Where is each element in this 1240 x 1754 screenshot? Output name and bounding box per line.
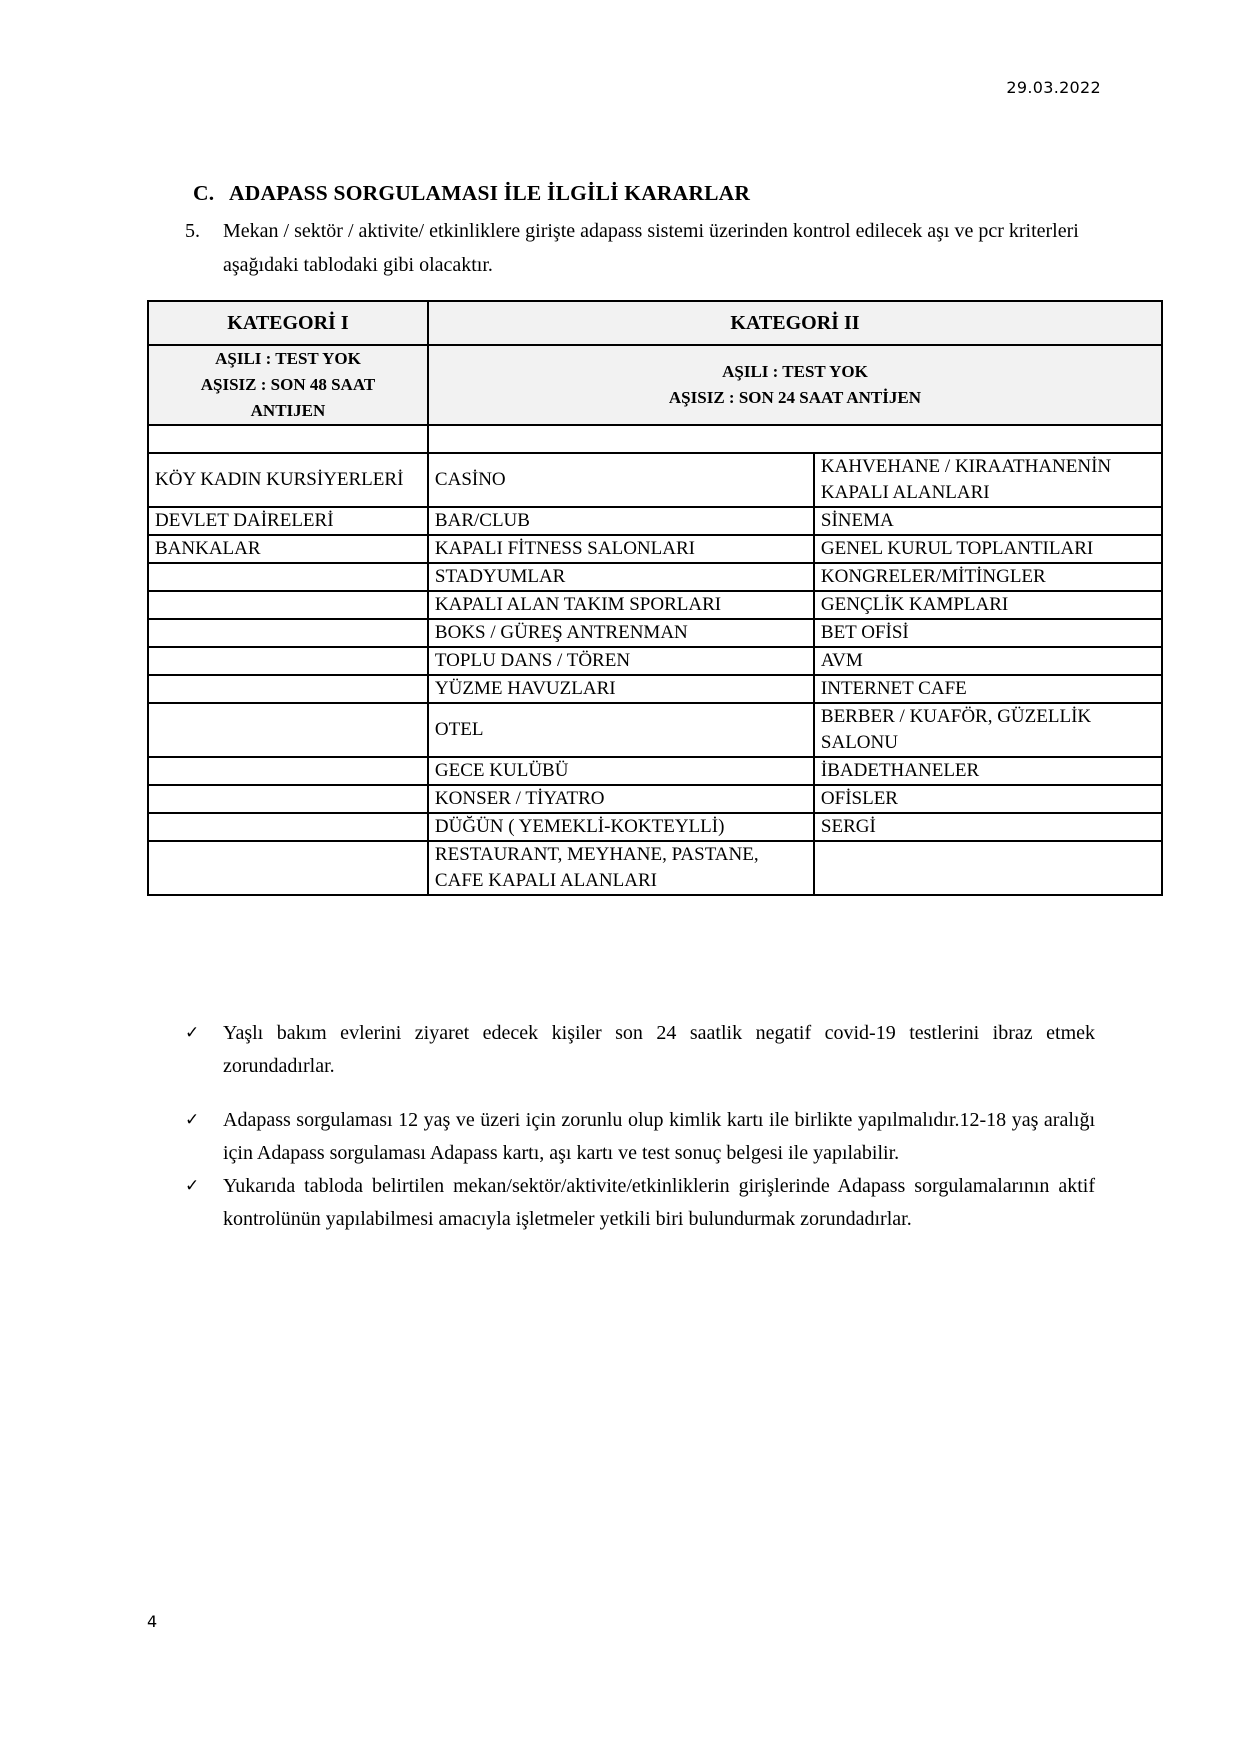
table-cell: GENÇLİK KAMPLARI bbox=[814, 591, 1162, 619]
bullet-list: ✓ Yaşlı bakım evlerini ziyaret edecek ki… bbox=[185, 1017, 1095, 1236]
page-number: 4 bbox=[147, 1612, 157, 1631]
table-cell: GECE KULÜBÜ bbox=[428, 757, 814, 785]
section-title: ADAPASS SORGULAMASI İLE İLGİLİ KARARLAR bbox=[229, 181, 750, 205]
table-criteria-row: AŞILI : TEST YOK AŞISIZ : SON 48 SAAT AN… bbox=[148, 345, 1162, 425]
table-spacer-row bbox=[148, 425, 1162, 453]
table-cell: KAPALI ALAN TAKIM SPORLARI bbox=[428, 591, 814, 619]
table-row: DÜĞÜN ( YEMEKLİ-KOKTEYLLİ)SERGİ bbox=[148, 813, 1162, 841]
table-row: DEVLET DAİRELERİBAR/CLUBSİNEMA bbox=[148, 507, 1162, 535]
bullet-item: ✓ Yaşlı bakım evlerini ziyaret edecek ki… bbox=[185, 1017, 1095, 1083]
table-row: STADYUMLARKONGRELER/MİTİNGLER bbox=[148, 563, 1162, 591]
checkmark-icon: ✓ bbox=[185, 1104, 199, 1137]
table-row: KAPALI ALAN TAKIM SPORLARIGENÇLİK KAMPLA… bbox=[148, 591, 1162, 619]
criteria-line: AŞILI : TEST YOK bbox=[435, 359, 1155, 385]
table-row: BANKALARKAPALI FİTNESS SALONLARIGENEL KU… bbox=[148, 535, 1162, 563]
table-cell bbox=[148, 757, 428, 785]
table-cell: KONGRELER/MİTİNGLER bbox=[814, 563, 1162, 591]
table-cell: YÜZME HAVUZLARI bbox=[428, 675, 814, 703]
table-row: KÖY KADIN KURSİYERLERİCASİNOKAHVEHANE / … bbox=[148, 453, 1162, 507]
table-cell bbox=[148, 591, 428, 619]
bullet-item: ✓ Yukarıda tabloda belirtilen mekan/sekt… bbox=[185, 1170, 1095, 1236]
table-row: RESTAURANT, MEYHANE, PASTANE, CAFE KAPAL… bbox=[148, 841, 1162, 895]
table-cell bbox=[148, 647, 428, 675]
bullet-item: ✓ Adapass sorgulaması 12 yaş ve üzeri iç… bbox=[185, 1104, 1095, 1170]
table-cell: KAPALI FİTNESS SALONLARI bbox=[428, 535, 814, 563]
category-2-title: KATEGORİ II bbox=[428, 301, 1162, 345]
criteria-line: AŞISIZ : SON 24 SAAT ANTİJEN bbox=[435, 385, 1155, 411]
table-cell: BAR/CLUB bbox=[428, 507, 814, 535]
table-row: BOKS / GÜREŞ ANTRENMANBET OFİSİ bbox=[148, 619, 1162, 647]
category-1-title: KATEGORİ I bbox=[148, 301, 428, 345]
section-letter: C. bbox=[193, 181, 229, 206]
table-cell: DEVLET DAİRELERİ bbox=[148, 507, 428, 535]
criteria-line: AŞISIZ : SON 48 SAAT bbox=[155, 372, 421, 398]
table-cell bbox=[148, 841, 428, 895]
table-cell: CASİNO bbox=[428, 453, 814, 507]
bullet-text: Yukarıda tabloda belirtilen mekan/sektör… bbox=[223, 1175, 1095, 1230]
page-date: 29.03.2022 bbox=[1006, 78, 1101, 97]
table-cell bbox=[148, 703, 428, 757]
table-cell: KAHVEHANE / KIRAATHANENİN KAPALI ALANLAR… bbox=[814, 453, 1162, 507]
bullet-text: Yaşlı bakım evlerini ziyaret edecek kişi… bbox=[223, 1022, 1095, 1077]
section-heading: C.ADAPASS SORGULAMASI İLE İLGİLİ KARARLA… bbox=[193, 181, 750, 206]
table-cell: BANKALAR bbox=[148, 535, 428, 563]
table-cell: BET OFİSİ bbox=[814, 619, 1162, 647]
item-text: Mekan / sektör / aktivite/ etkinliklere … bbox=[223, 214, 1095, 282]
table-cell: INTERNET CAFE bbox=[814, 675, 1162, 703]
category-1-criteria: AŞILI : TEST YOK AŞISIZ : SON 48 SAAT AN… bbox=[148, 345, 428, 425]
table-cell bbox=[148, 563, 428, 591]
item-number: 5. bbox=[185, 214, 200, 248]
table-row: TOPLU DANS / TÖRENAVM bbox=[148, 647, 1162, 675]
table-cell: TOPLU DANS / TÖREN bbox=[428, 647, 814, 675]
table-cell bbox=[148, 675, 428, 703]
criteria-line: AŞILI : TEST YOK bbox=[155, 346, 421, 372]
empty-cell bbox=[428, 425, 1162, 453]
table-header-row: KATEGORİ I KATEGORİ II bbox=[148, 301, 1162, 345]
table-cell: AVM bbox=[814, 647, 1162, 675]
checkmark-icon: ✓ bbox=[185, 1017, 199, 1050]
table-row: YÜZME HAVUZLARIINTERNET CAFE bbox=[148, 675, 1162, 703]
table-cell: BOKS / GÜREŞ ANTRENMAN bbox=[428, 619, 814, 647]
bullet-text: Adapass sorgulaması 12 yaş ve üzeri için… bbox=[223, 1109, 1095, 1164]
table-cell bbox=[148, 785, 428, 813]
table-cell: OFİSLER bbox=[814, 785, 1162, 813]
table-cell bbox=[148, 813, 428, 841]
table-cell: SERGİ bbox=[814, 813, 1162, 841]
table-cell bbox=[814, 841, 1162, 895]
empty-cell bbox=[148, 425, 428, 453]
table-cell: GENEL KURUL TOPLANTILARI bbox=[814, 535, 1162, 563]
table-cell: STADYUMLAR bbox=[428, 563, 814, 591]
checkmark-icon: ✓ bbox=[185, 1170, 199, 1203]
table-cell: BERBER / KUAFÖR, GÜZELLİK SALONU bbox=[814, 703, 1162, 757]
table-cell: KÖY KADIN KURSİYERLERİ bbox=[148, 453, 428, 507]
table-cell: SİNEMA bbox=[814, 507, 1162, 535]
table-cell: KONSER / TİYATRO bbox=[428, 785, 814, 813]
numbered-item: 5. Mekan / sektör / aktivite/ etkinlikle… bbox=[185, 214, 1095, 282]
table-cell: DÜĞÜN ( YEMEKLİ-KOKTEYLLİ) bbox=[428, 813, 814, 841]
table-row: KONSER / TİYATROOFİSLER bbox=[148, 785, 1162, 813]
criteria-table: KATEGORİ I KATEGORİ II AŞILI : TEST YOK … bbox=[147, 300, 1163, 896]
criteria-line: ANTIJEN bbox=[155, 398, 421, 424]
table-row: OTELBERBER / KUAFÖR, GÜZELLİK SALONU bbox=[148, 703, 1162, 757]
table-cell: OTEL bbox=[428, 703, 814, 757]
table-row: GECE KULÜBÜİBADETHANELER bbox=[148, 757, 1162, 785]
table-cell: RESTAURANT, MEYHANE, PASTANE, CAFE KAPAL… bbox=[428, 841, 814, 895]
table-cell bbox=[148, 619, 428, 647]
category-2-criteria: AŞILI : TEST YOK AŞISIZ : SON 24 SAAT AN… bbox=[428, 345, 1162, 425]
table-cell: İBADETHANELER bbox=[814, 757, 1162, 785]
